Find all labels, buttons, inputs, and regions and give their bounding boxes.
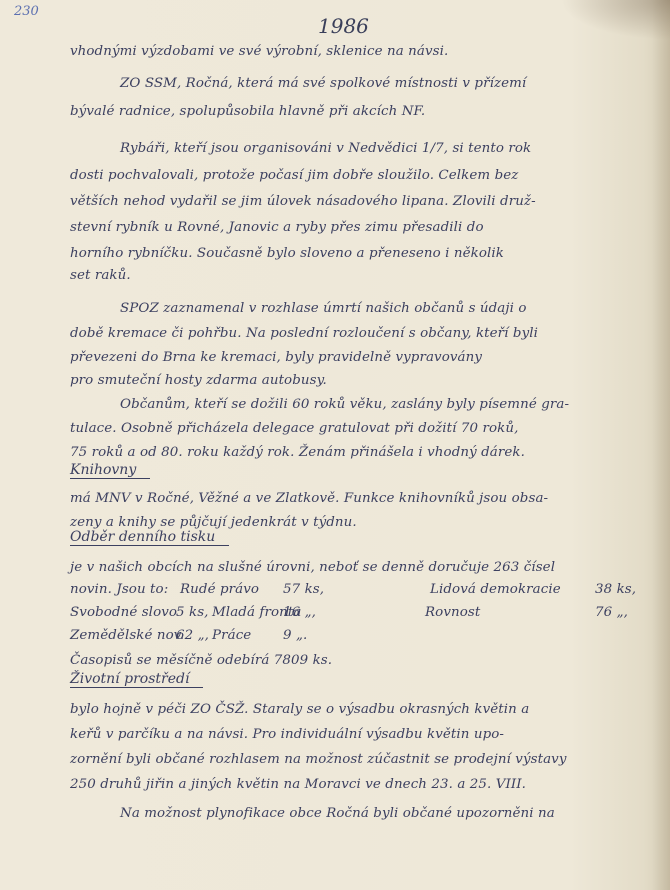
- newspaper-count: 16 „,: [283, 605, 316, 620]
- text-line: keřů v parčíku a na návsi. Pro individuá…: [70, 727, 650, 742]
- text-line: tulace. Osobně přicházela delegace gratu…: [70, 421, 650, 436]
- text-line: bývalé radnice, spolupůsobila hlavně při…: [70, 104, 650, 119]
- text-line: větších nehod vydařil se jim úlovek nása…: [70, 194, 650, 209]
- chronicle-page: 230 1986 vhodnými výzdobami ve své výrob…: [0, 0, 670, 890]
- text-line: stevní rybník u Rovné, Janovic a ryby př…: [70, 220, 650, 235]
- text-line: době kremace či pohřbu. Na poslední rozl…: [70, 326, 650, 341]
- newspaper-name: Zemědělské nov.: [70, 628, 184, 643]
- newspaper-count: 5 ks,: [176, 605, 209, 620]
- text-line: převezeni do Brna ke kremaci, byly pravi…: [70, 350, 650, 365]
- page-number: 230: [14, 4, 39, 19]
- text-line: ZO SSM, Ročná, která má své spolkové mís…: [70, 76, 670, 91]
- newspaper-name: Rovnost: [425, 605, 480, 620]
- newspaper-count: 9 „.: [283, 628, 307, 643]
- text-line: Rybáři, kteří jsou organisováni v Nedvěd…: [70, 141, 670, 156]
- text-line: set raků.: [70, 268, 650, 283]
- text-line: 75 roků a od 80. roku každý rok. Ženám p…: [70, 445, 650, 460]
- newspaper-count: 62 „,: [176, 628, 209, 643]
- newspaper-count: 38 ks,: [595, 582, 636, 597]
- text-line: Občanům, kteří se dožili 60 roků věku, z…: [70, 397, 670, 412]
- text-line: zornění byli občané rozhlasem na možnost…: [70, 752, 650, 767]
- newspaper-name: Lidová demokracie: [430, 582, 561, 597]
- text-line: je v našich obcích na slušné úrovni, neb…: [70, 560, 650, 575]
- text-line: SPOZ zaznamenal v rozhlase úmrtí našich …: [70, 301, 670, 316]
- text-line: Na možnost plynofikace obce Ročná byli o…: [70, 806, 670, 821]
- text-line: 250 druhů jiřin a jiných květin na Morav…: [70, 777, 650, 792]
- newspaper-name: Svobodné slovo: [70, 605, 177, 620]
- text-line: Časopisů se měsíčně odebírá 7809 ks.: [70, 653, 650, 668]
- text-line: pro smuteční hosty zdarma autobusy.: [70, 373, 650, 388]
- newspaper-name: Rudé právo: [180, 582, 259, 597]
- text-line: horního rybníčku. Současně bylo sloveno …: [70, 246, 650, 261]
- newspaper-count: 57 ks,: [283, 582, 324, 597]
- year-heading: 1986: [318, 14, 369, 38]
- section-heading-libraries: Knihovny: [70, 462, 150, 479]
- text-line: vhodnými výzdobami ve své výrobní, sklen…: [70, 44, 650, 59]
- text-line: novin. Jsou to:: [70, 582, 168, 597]
- section-heading-environment: Životní prostředí: [70, 671, 203, 688]
- newspaper-name: Práce: [212, 628, 251, 643]
- newspaper-count: 76 „,: [595, 605, 628, 620]
- text-line: bylo hojně v péči ZO ČSŽ. Staraly se o v…: [70, 702, 650, 717]
- page-stain: [560, 0, 670, 40]
- text-line: zeny a knihy se půjčují jedenkrát v týdn…: [70, 515, 650, 530]
- text-line: dosti pochvalovali, protože počasí jim d…: [70, 168, 650, 183]
- text-line: má MNV v Ročné, Věžné a ve Zlatkově. Fun…: [70, 491, 650, 506]
- section-heading-press: Odběr denního tisku: [70, 529, 229, 546]
